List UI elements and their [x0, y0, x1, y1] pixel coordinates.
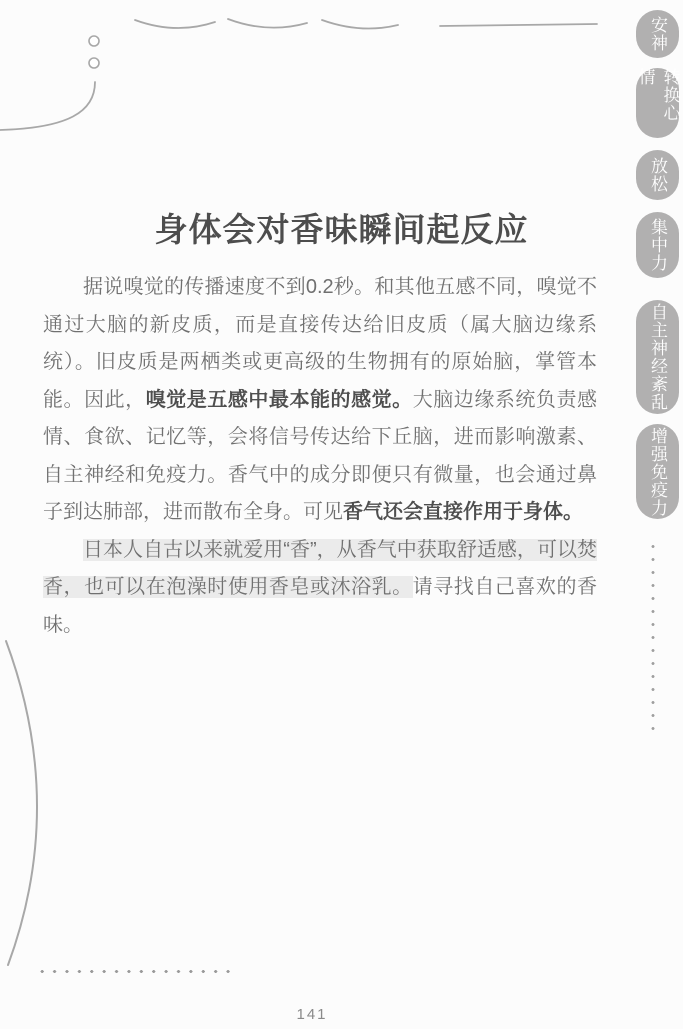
sidebar-tab-immunity: 增强免疫力: [636, 424, 679, 519]
sidebar-tab-mood-change: 转换心情: [636, 68, 679, 138]
scallop-arc-3: [322, 20, 398, 29]
tab-label: 转换心情: [633, 68, 683, 138]
body-text: 据说嗅觉的传播速度不到0.2秒。和其他五感不同，嗅觉不通过大脑的新皮质，而是直接…: [43, 269, 597, 644]
scallop-line: [440, 24, 597, 26]
scallop-arc-1: [135, 20, 215, 28]
page-title: 身体会对香味瞬间起反应: [0, 208, 683, 252]
sidebar-tab-calm: 安神: [636, 10, 679, 58]
bottom-dotted-line: [36, 967, 234, 976]
corner-curve: [0, 82, 95, 130]
ring-circle-1: [89, 36, 99, 46]
book-page: 身体会对香味瞬间起反应 据说嗅觉的传播速度不到0.2秒。和其他五感不同，嗅觉不通…: [0, 0, 683, 1029]
paragraph: 据说嗅觉的传播速度不到0.2秒。和其他五感不同，嗅觉不通过大脑的新皮质，而是直接…: [43, 269, 597, 532]
sidebar-tab-autonomic-nerves: 自主神经紊乱: [636, 300, 679, 414]
tab-label: 增强免疫力: [645, 427, 670, 517]
paragraph: 日本人自古以来就爱用“香”，从香气中获取舒适感，可以焚香，也可以在泡澡时使用香皂…: [43, 532, 597, 645]
top-decoration: [0, 0, 683, 150]
scallop-arc-2: [228, 19, 307, 28]
vertical-dotted-line: [649, 540, 657, 730]
bold-text: 香气还会直接作用于身体。: [343, 501, 583, 523]
sidebar-tab-relax: 放松: [636, 150, 679, 200]
sidebar-tab-focus: 集中力: [636, 212, 679, 278]
tab-label: 自主神经紊乱: [645, 303, 670, 411]
ring-circle-2: [89, 58, 99, 68]
tab-label: 集中力: [645, 218, 670, 272]
page-number: 141: [262, 1006, 362, 1023]
tab-label: 安神: [645, 16, 670, 52]
bottom-left-arc-decoration: [0, 630, 60, 975]
tab-label: 放松: [645, 157, 670, 193]
bold-text: 嗅觉是五感中最本能的感觉。: [146, 389, 413, 411]
